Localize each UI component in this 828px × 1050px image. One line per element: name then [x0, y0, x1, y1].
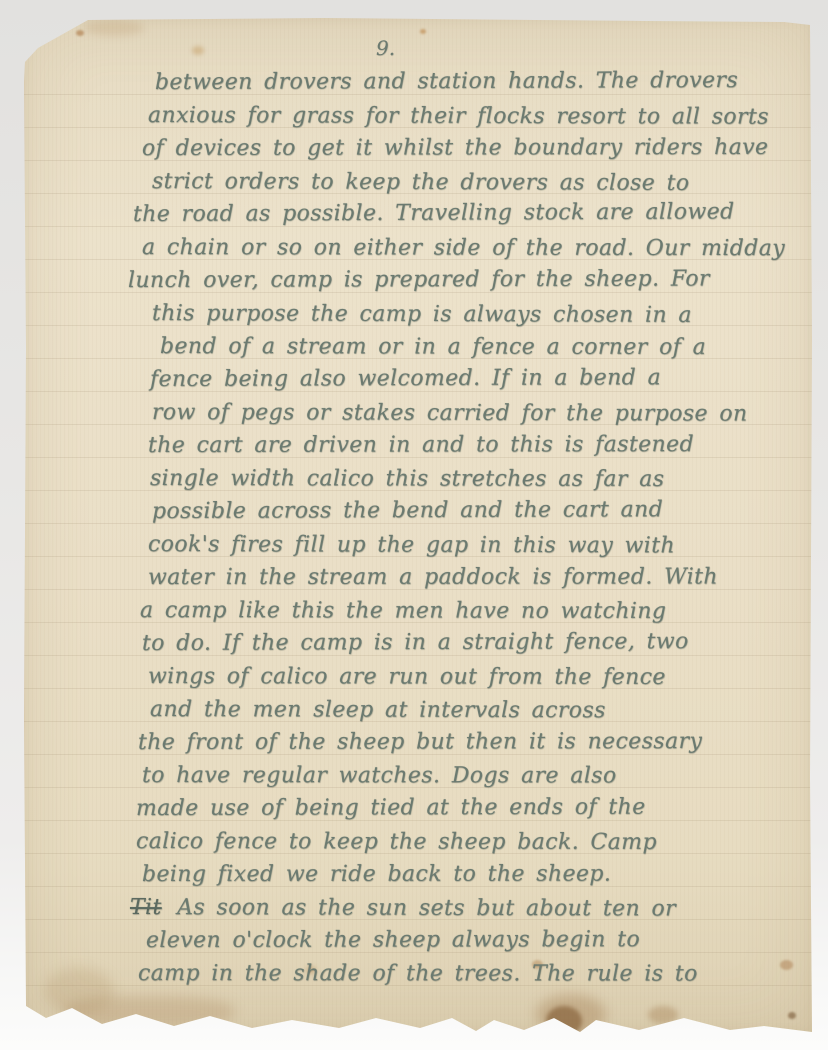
manuscript-page: 9. between drovers and station hands. Th…: [24, 18, 812, 1034]
manuscript-text: between drovers and station hands. The d…: [128, 66, 800, 990]
manuscript-line: anxious for grass for their flocks resor…: [148, 99, 800, 134]
manuscript-line: of devices to get it whilst the boundary…: [142, 131, 800, 165]
manuscript-line: between drovers and station hands. The d…: [155, 64, 800, 99]
stain: [64, 996, 234, 1028]
stain: [648, 1006, 678, 1024]
stain: [84, 20, 144, 36]
manuscript-line: the front of the sheep but then it is ne…: [138, 725, 800, 759]
manuscript-line: single width calico this stretches as fa…: [150, 462, 800, 496]
struck-word: Tit: [130, 895, 162, 920]
manuscript-line: eleven o'clock the sheep always begin to: [146, 923, 800, 957]
stain: [192, 46, 204, 55]
manuscript-line: camp in the shade of the trees. The rule…: [138, 957, 800, 991]
manuscript-line: lunch over, camp is prepared for the she…: [128, 262, 800, 297]
manuscript-line: the road as possible. Travelling stock a…: [133, 195, 800, 231]
manuscript-line: cook's fires fill up the gap in this way…: [148, 528, 800, 563]
stain: [76, 30, 84, 36]
stain: [788, 1012, 796, 1019]
manuscript-line: made use of being tied at the ends of th…: [136, 790, 800, 825]
stain: [546, 1006, 582, 1036]
manuscript-line: a camp like this the men have no watchin…: [140, 594, 800, 628]
manuscript-line: bend of a stream or in a fence a corner …: [160, 330, 800, 364]
manuscript-line: a chain or so on either side of the road…: [142, 231, 800, 265]
manuscript-line: possible across the bend and the cart an…: [152, 493, 800, 528]
manuscript-line: Tit As soon as the sun sets but about te…: [130, 891, 800, 926]
manuscript-line: and the men sleep at intervals across: [150, 693, 800, 728]
manuscript-line: calico fence to keep the sheep back. Cam…: [136, 825, 800, 859]
manuscript-line: wings of calico are run out from the fen…: [148, 660, 800, 694]
stain: [420, 29, 426, 34]
stain: [536, 994, 606, 1036]
manuscript-line: being fixed we ride back to the sheep.: [142, 857, 800, 891]
manuscript-line: fence being also welcomed. If in a bend …: [150, 361, 800, 396]
page-number: 9.: [376, 36, 395, 60]
photo-backdrop: 9. between drovers and station hands. Th…: [0, 0, 828, 1050]
manuscript-line: row of pegs or stakes carried for the pu…: [152, 396, 800, 431]
manuscript-line: to do. If the camp is in a straight fenc…: [142, 625, 800, 660]
manuscript-line: water in the stream a paddock is formed.…: [148, 560, 800, 594]
manuscript-line: to have regular watches. Dogs are also: [142, 759, 800, 793]
stain: [44, 968, 114, 1014]
manuscript-line: the cart are driven in and to this is fa…: [148, 428, 800, 462]
manuscript-line: this purpose the camp is always chosen i…: [152, 297, 800, 332]
